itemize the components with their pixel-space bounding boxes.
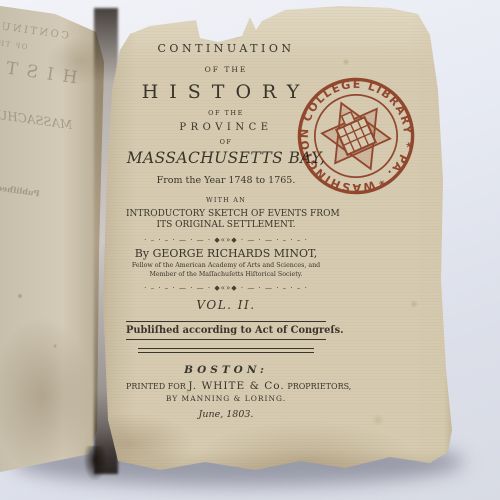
stamp-emblem-icon	[314, 91, 398, 181]
double-rule	[138, 348, 314, 354]
imprint-city: BOSTON:	[126, 364, 326, 376]
region-title: MASSACHUSETTS BAY,	[126, 149, 326, 167]
printed-for-label: PRINTED FOR	[126, 382, 186, 391]
book-photo: CONTINUATION OF THE HISTORY MASSACHUSETT…	[0, 0, 500, 500]
author-credit-1: Fellow of the American Academy of Arts a…	[126, 262, 326, 269]
showthrough-text: CONTINUATION OF THE HISTORY MASSACHUSETT…	[0, 10, 101, 203]
proprietors-label: PROPRIETORS,	[287, 382, 351, 391]
ornament-rule: · – · – · — · — · ◆«»◆ · — · — · – · – ·	[126, 236, 326, 244]
subtitle-line-1: INTRODUCTORY SKETCH OF EVENTS FROM	[126, 209, 326, 219]
showthrough-line: Publiſhed according to	[0, 169, 79, 204]
of-the-upper: OF THE	[126, 65, 326, 74]
publisher-name: J. WHITE & Co.	[188, 380, 284, 392]
author-byline: By GEORGE RICHARDS MINOT,	[126, 247, 326, 260]
author-credit-2: Member of the Maſſachuſetts Hiſtorical S…	[126, 271, 326, 278]
date-range: From the Year 1748 to 1765.	[126, 175, 326, 186]
binding-crack	[84, 446, 106, 480]
title-page: CONTINUATION OF THE HISTORY OF THE PROVI…	[92, 4, 458, 482]
imprint-publisher-line: PRINTED FOR J. WHITE & Co. PROPRIETORS,	[126, 380, 326, 392]
with-an: WITH AN	[126, 196, 326, 204]
series-title: CONTINUATION	[126, 42, 326, 55]
subtitle-line-2: ITS ORIGINAL SETTLEMENT.	[126, 220, 326, 230]
imprint-printer: BY MANNING & LORING.	[126, 394, 326, 403]
volume-number: VOL. II.	[126, 298, 326, 312]
showthrough-line: MASSACHUSETTS BAY,	[0, 95, 89, 134]
copyright-notice: Publiſhed according to Act of Congreſs.	[126, 321, 326, 340]
ornament-rule: · – · – · — · — · ◆«»◆ · — · — · – · – ·	[126, 284, 326, 292]
imprint-date: June, 1803.	[126, 409, 326, 420]
